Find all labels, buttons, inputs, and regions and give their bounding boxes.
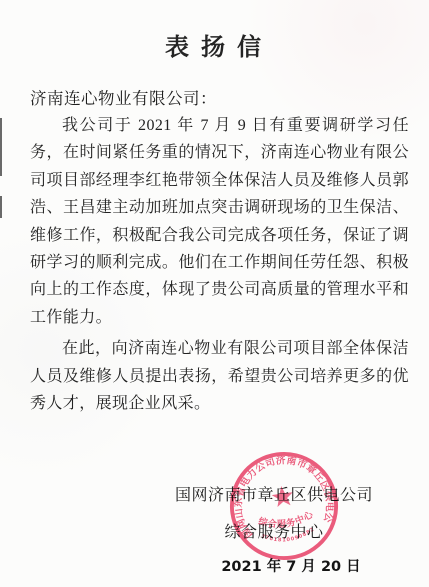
signature-date: 2021 年 7 月 20 日 [202, 555, 380, 576]
signature-block: 国网济南市章丘区供电公司 综合服务中心 2021 年 7 月 20 日 [168, 482, 380, 576]
letter-title: 表 扬 信 [0, 27, 429, 62]
commendation-letter-page: 表 扬 信 济南连心物业有限公司： 我公司于 2021 年 7 月 9 日有重要… [0, 0, 429, 587]
letter-body: 我公司于 2021 年 7 月 9 日有重要调研学习任务，在时间紧任务重的情况下… [30, 112, 409, 417]
addressee-line: 济南连心物业有限公司： [30, 85, 217, 109]
scan-artifact-line [0, 118, 2, 176]
body-paragraph-1: 我公司于 2021 年 7 月 9 日有重要调研学习任务，在时间紧任务重的情况下… [30, 112, 409, 331]
scan-artifact-line [0, 196, 2, 218]
signature-department: 综合服务中心 [168, 519, 380, 542]
body-paragraph-2: 在此，向济南连心物业有限公司项目部全体保洁人员及维修人员提出表扬，希望贵公司培养… [30, 335, 409, 417]
signature-company: 国网济南市章丘区供电公司 [168, 482, 380, 505]
